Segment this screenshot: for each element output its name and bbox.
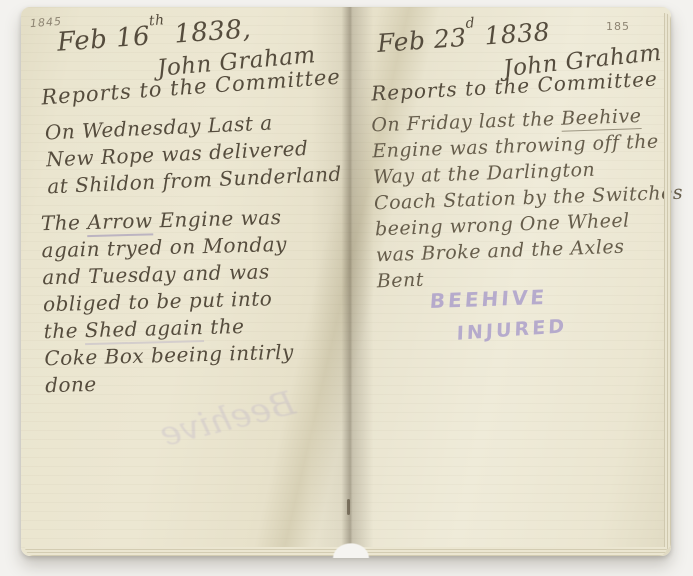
annotation-stamp-line2: INJURED [456,315,567,345]
right-date-year: 1838 [483,17,550,51]
line-text: The [41,210,88,235]
gutter-bottom-notch [329,540,373,558]
left-paragraph-1: On Wednesday Last a New Rope was deliver… [44,107,342,201]
left-date-suffix: th [148,13,165,30]
right-date-text: Feb 23 [376,23,467,58]
manuscript-book: 1845 Feb 16th 1838, John Graham Reports … [21,7,671,556]
line-text: the [43,318,85,343]
left-date-year: 1838, [173,14,252,49]
right-date-suffix: d [465,15,476,32]
annotation-stamp-line1: BEEHIVE [429,285,548,313]
underlined-word-arrow: Arrow [87,208,153,237]
right-entry-date: Feb 23d 1838 [376,17,551,58]
right-folio-number: 185 [606,20,630,33]
binding-stitch [347,499,350,515]
underlined-word-beehive: Beehive [561,105,642,132]
line-text: Engine was [152,205,282,232]
page-block-edge-right [664,13,671,550]
left-date-text: Feb 16 [56,21,151,57]
right-paragraph-1: On Friday last the Beehive Engine was th… [371,102,686,295]
line-text: the [203,314,245,339]
left-paragraph-2: The Arrow Engine was again tryed on Mond… [41,204,295,399]
photo-background: 1845 Feb 16th 1838, John Graham Reports … [0,0,693,576]
